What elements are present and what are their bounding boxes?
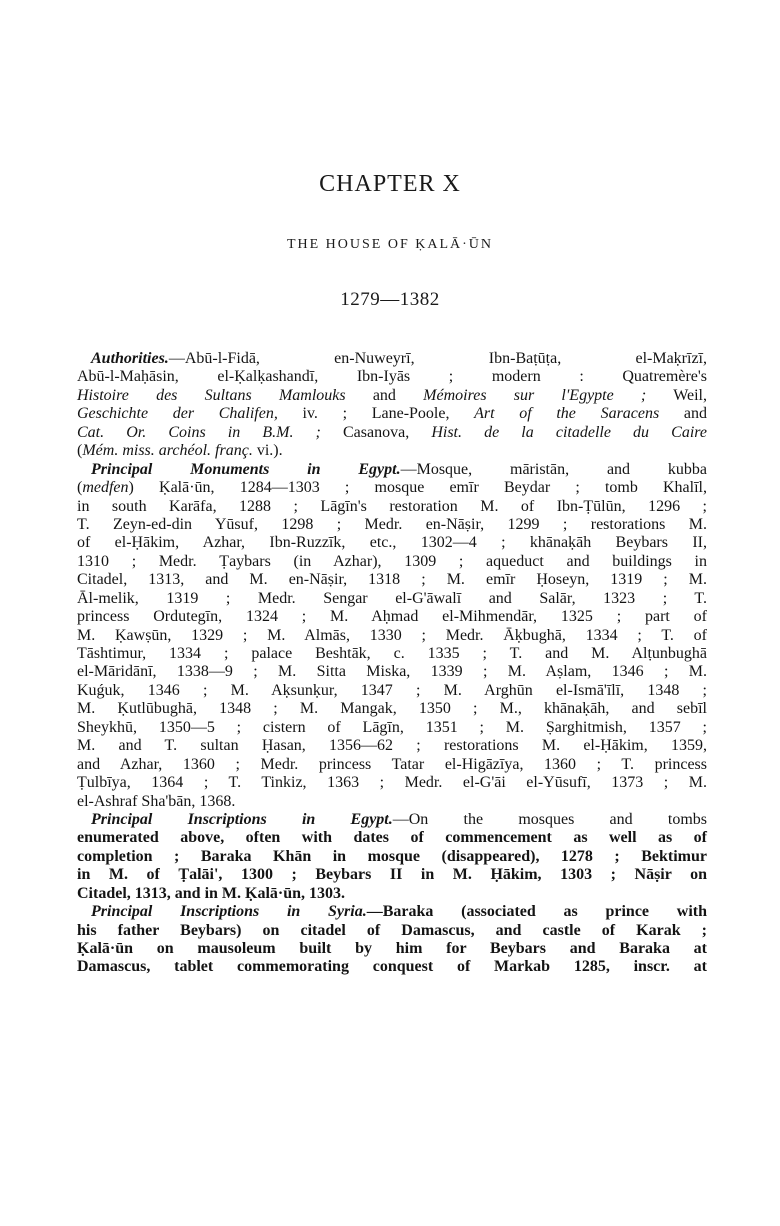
section-heading-inscriptions-egypt: Principal Inscriptions in Egypt. — [91, 811, 393, 828]
text-line: M. Ḳutlūbughā, 1348 ; M. Mangak, 1350 ; … — [77, 700, 707, 718]
text-line: Histoire des Sultans Mamlouks and Mémoir… — [77, 387, 707, 405]
text-line: T. Zeyn-ed-din Yūsuf, 1298 ; Medr. en-Nā… — [77, 516, 707, 534]
text-line: M. Ḳawṣūn, 1329 ; M. Almās, 1330 ; Medr.… — [77, 627, 707, 645]
text-line: Authorities.—Abū-l-Fidā, en-Nuweyrī, Ibn… — [77, 350, 707, 368]
text-line: in south Karāfa, 1288 ; Lāgīn's restorat… — [77, 498, 707, 516]
text-line: el-Māridānī, 1338—9 ; M. Sitta Miska, 13… — [77, 663, 707, 681]
text-line: his father Beybars) on citadel of Damasc… — [77, 922, 707, 940]
text-line: Citadel, 1313, and in M. Ḳalā·ūn, 1303. — [77, 885, 707, 903]
book-page: CHAPTER X THE HOUSE OF ḲALĀ·ŪN 1279—1382… — [0, 0, 780, 1226]
text-line: Geschichte der Chalifen, iv. ; Lane-Pool… — [77, 405, 707, 423]
text-line: Tāshtimur, 1334 ; palace Beshtāk, c. 133… — [77, 645, 707, 663]
body-text: Authorities.—Abū-l-Fidā, en-Nuweyrī, Ibn… — [77, 350, 707, 977]
text-line: Cat. Or. Coins in B.M. ; Casanova, Hist.… — [77, 424, 707, 442]
chapter-title: CHAPTER X — [0, 171, 780, 198]
text-line: Abū-l-Maḥāsin, el-Ḳalḳashandī, Ibn-Iyās … — [77, 368, 707, 386]
text-line: Citadel, 1313, and M. en-Nāṣir, 1318 ; M… — [77, 571, 707, 589]
text-line: princess Ordutegīn, 1324 ; M. Aḥmad el-M… — [77, 608, 707, 626]
text-line: of el-Ḥākim, Azhar, Ibn-Ruzzīk, etc., 13… — [77, 534, 707, 552]
text-line: (Mém. miss. archéol. franç. vi.). — [77, 442, 707, 460]
section-heading-inscriptions-syria: Principal Inscriptions in Syria. — [91, 903, 367, 920]
section-heading-authorities: Authorities. — [91, 350, 169, 367]
text-line: el-Ashraf Sha'bān, 1368. — [77, 793, 707, 811]
chapter-subtitle: THE HOUSE OF ḲALĀ·ŪN — [0, 237, 780, 253]
text-line: Ṭulbīya, 1364 ; T. Tinkiz, 1363 ; Medr. … — [77, 774, 707, 792]
text-line: M. and T. sultan Ḥasan, 1356—62 ; restor… — [77, 737, 707, 755]
text-line: completion ; Baraka Khān in mosque (disa… — [77, 848, 707, 866]
text-line: Principal Monuments in Egypt.—Mosque, mā… — [77, 461, 707, 479]
section-heading-monuments-egypt: Principal Monuments in Egypt. — [91, 461, 401, 478]
text-line: (medfen) Ḳalā·ūn, 1284—1303 ; mosque emī… — [77, 479, 707, 497]
text-line: and Azhar, 1360 ; Medr. princess Tatar e… — [77, 756, 707, 774]
text-line: Principal Inscriptions in Egypt.—On the … — [77, 811, 707, 829]
text-line: Sheykhū, 1350—5 ; cistern of Lāgīn, 1351… — [77, 719, 707, 737]
text-line: in M. of Ṭalāi', 1300 ; Beybars II in M.… — [77, 866, 707, 884]
chapter-dates: 1279—1382 — [0, 289, 780, 311]
text-line: Ḳalā·ūn on mausoleum built by him for Be… — [77, 940, 707, 958]
text-line: Damascus, tablet commemorating conquest … — [77, 958, 707, 976]
text-line: Āl-melik, 1319 ; Medr. Sengar el-G'āwalī… — [77, 590, 707, 608]
text-line: Principal Inscriptions in Syria.—Baraka … — [77, 903, 707, 921]
text-line: Kuǵuk, 1346 ; M. Aḳsunḳur, 1347 ; M. Arg… — [77, 682, 707, 700]
text-line: enumerated above, often with dates of co… — [77, 829, 707, 847]
text-line: 1310 ; Medr. Ṭaybars (in Azhar), 1309 ; … — [77, 553, 707, 571]
